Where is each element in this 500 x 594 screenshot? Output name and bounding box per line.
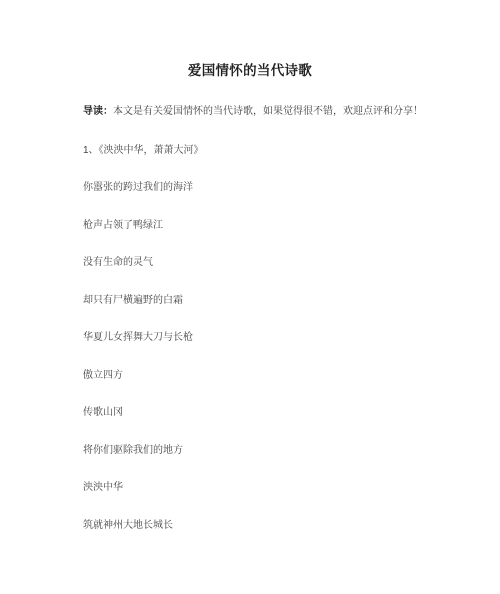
poem-line: 将你们驱除我们的地方 xyxy=(83,445,440,456)
poem-line: 傲立四方 xyxy=(83,370,440,381)
lead-paragraph: 导读：本文是有关爱国情怀的当代诗歌，如果觉得很不错，欢迎点评和分享！ xyxy=(83,106,440,118)
poem-line: 泱泱中华 xyxy=(83,482,440,493)
lead-label: 导读： xyxy=(83,106,113,117)
poem-line: 筑就神州大地长城长 xyxy=(83,520,440,531)
poem-line: 枪声占领了鸭绿江 xyxy=(83,220,440,231)
article-body: 导读：本文是有关爱国情怀的当代诗歌，如果觉得很不错，欢迎点评和分享！ 1、《泱泱… xyxy=(0,106,500,531)
article-page: 爱国情怀的当代诗歌 导读：本文是有关爱国情怀的当代诗歌，如果觉得很不错，欢迎点评… xyxy=(0,0,500,594)
poem-line: 传歌山冈 xyxy=(83,407,440,418)
poem-title: 1、《泱泱中华，萧萧大河》 xyxy=(83,145,440,156)
page-title: 爱国情怀的当代诗歌 xyxy=(0,9,500,79)
poem-line: 没有生命的灵气 xyxy=(83,257,440,268)
lead-text: 本文是有关爱国情怀的当代诗歌，如果觉得很不错，欢迎点评和分享！ xyxy=(113,106,423,117)
poem-line: 却只有尸横遍野的白霜 xyxy=(83,295,440,306)
poem-line: 你嚣张的跨过我们的海洋 xyxy=(83,182,440,193)
poem-line: 华夏儿女挥舞大刀与长枪 xyxy=(83,332,440,343)
